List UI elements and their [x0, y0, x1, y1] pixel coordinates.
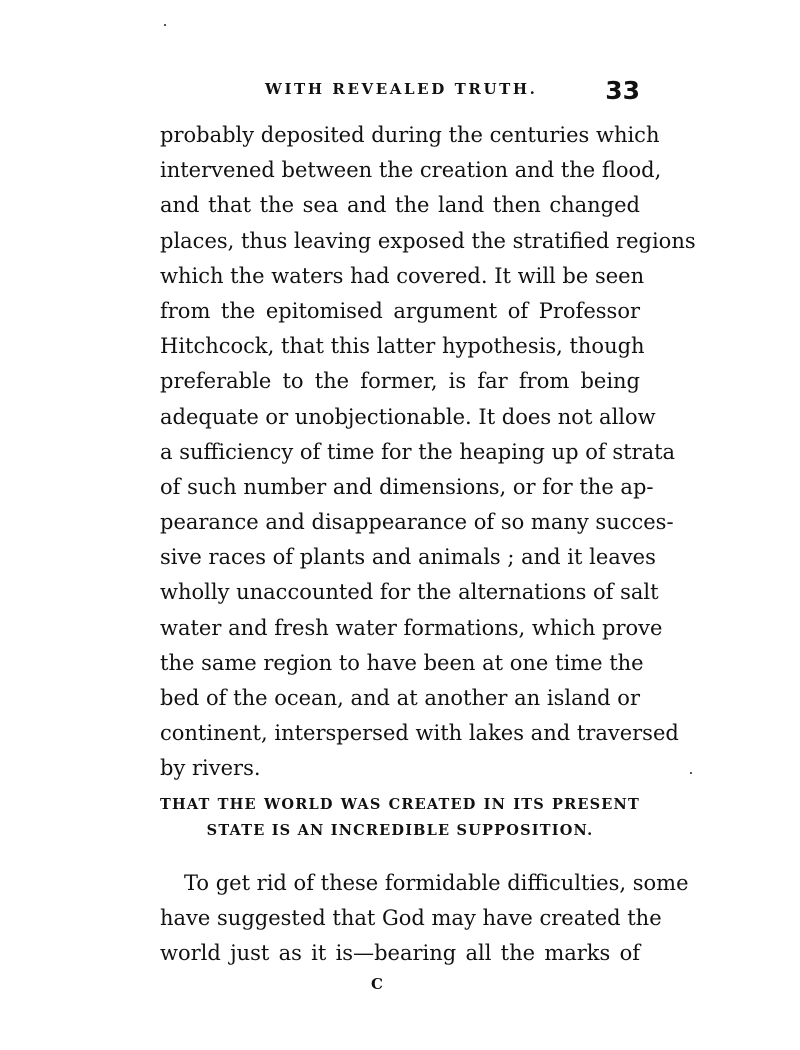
page-number: 33 [605, 76, 640, 105]
text-line: of such number and dimensions, or for th… [160, 470, 640, 505]
heading-line: THAT THE WORLD WAS CREATED IN ITS PRESEN… [160, 792, 640, 818]
text-line: places, thus leaving exposed the stratif… [160, 224, 640, 259]
book-page: WITH REVEALED TRUTH. 33 probably deposit… [0, 0, 800, 1050]
text-line: by rivers. [160, 751, 640, 786]
text-line: pearance and disappearance of so many su… [160, 505, 640, 540]
text-line: water and fresh water formations, which … [160, 611, 640, 646]
text-line: which the waters had covered. It will be… [160, 259, 640, 294]
text-line: the same region to have been at one time… [160, 646, 640, 681]
signature-mark: C [371, 975, 383, 993]
text-line: probably deposited during the centuries … [160, 118, 640, 153]
running-title: WITH REVEALED TRUTH. [265, 80, 538, 98]
text-line: To get rid of these formidable difficult… [160, 866, 640, 901]
paragraph-1: probably deposited during the centuries … [160, 118, 640, 787]
text-line: have suggested that God may have created… [160, 901, 640, 936]
text-line: intervened between the creation and the … [160, 153, 640, 188]
text-line: bed of the ocean, and at another an isla… [160, 681, 640, 716]
text-line: and that the sea and the land then chang… [160, 188, 640, 223]
paragraph-2: To get rid of these formidable difficult… [160, 866, 640, 972]
running-head: WITH REVEALED TRUTH. 33 [160, 78, 640, 108]
print-speck [164, 24, 166, 26]
text-line: preferable to the former, is far from be… [160, 364, 640, 399]
text-line: wholly unaccounted for the alternations … [160, 575, 640, 610]
text-line: adequate or unobjectionable. It does not… [160, 400, 640, 435]
text-line: sive races of plants and animals ; and i… [160, 540, 640, 575]
section-heading: THAT THE WORLD WAS CREATED IN ITS PRESEN… [160, 792, 640, 844]
heading-line: STATE IS AN INCREDIBLE SUPPOSITION. [160, 818, 640, 844]
print-speck [690, 772, 692, 774]
text-line: a sufficiency of time for the heaping up… [160, 435, 640, 470]
text-line: from the epitomised argument of Professo… [160, 294, 640, 329]
text-line: Hitchcock, that this latter hypothesis, … [160, 329, 640, 364]
text-line: world just as it is—bearing all the mark… [160, 936, 640, 971]
text-line: continent, interspersed with lakes and t… [160, 716, 640, 751]
